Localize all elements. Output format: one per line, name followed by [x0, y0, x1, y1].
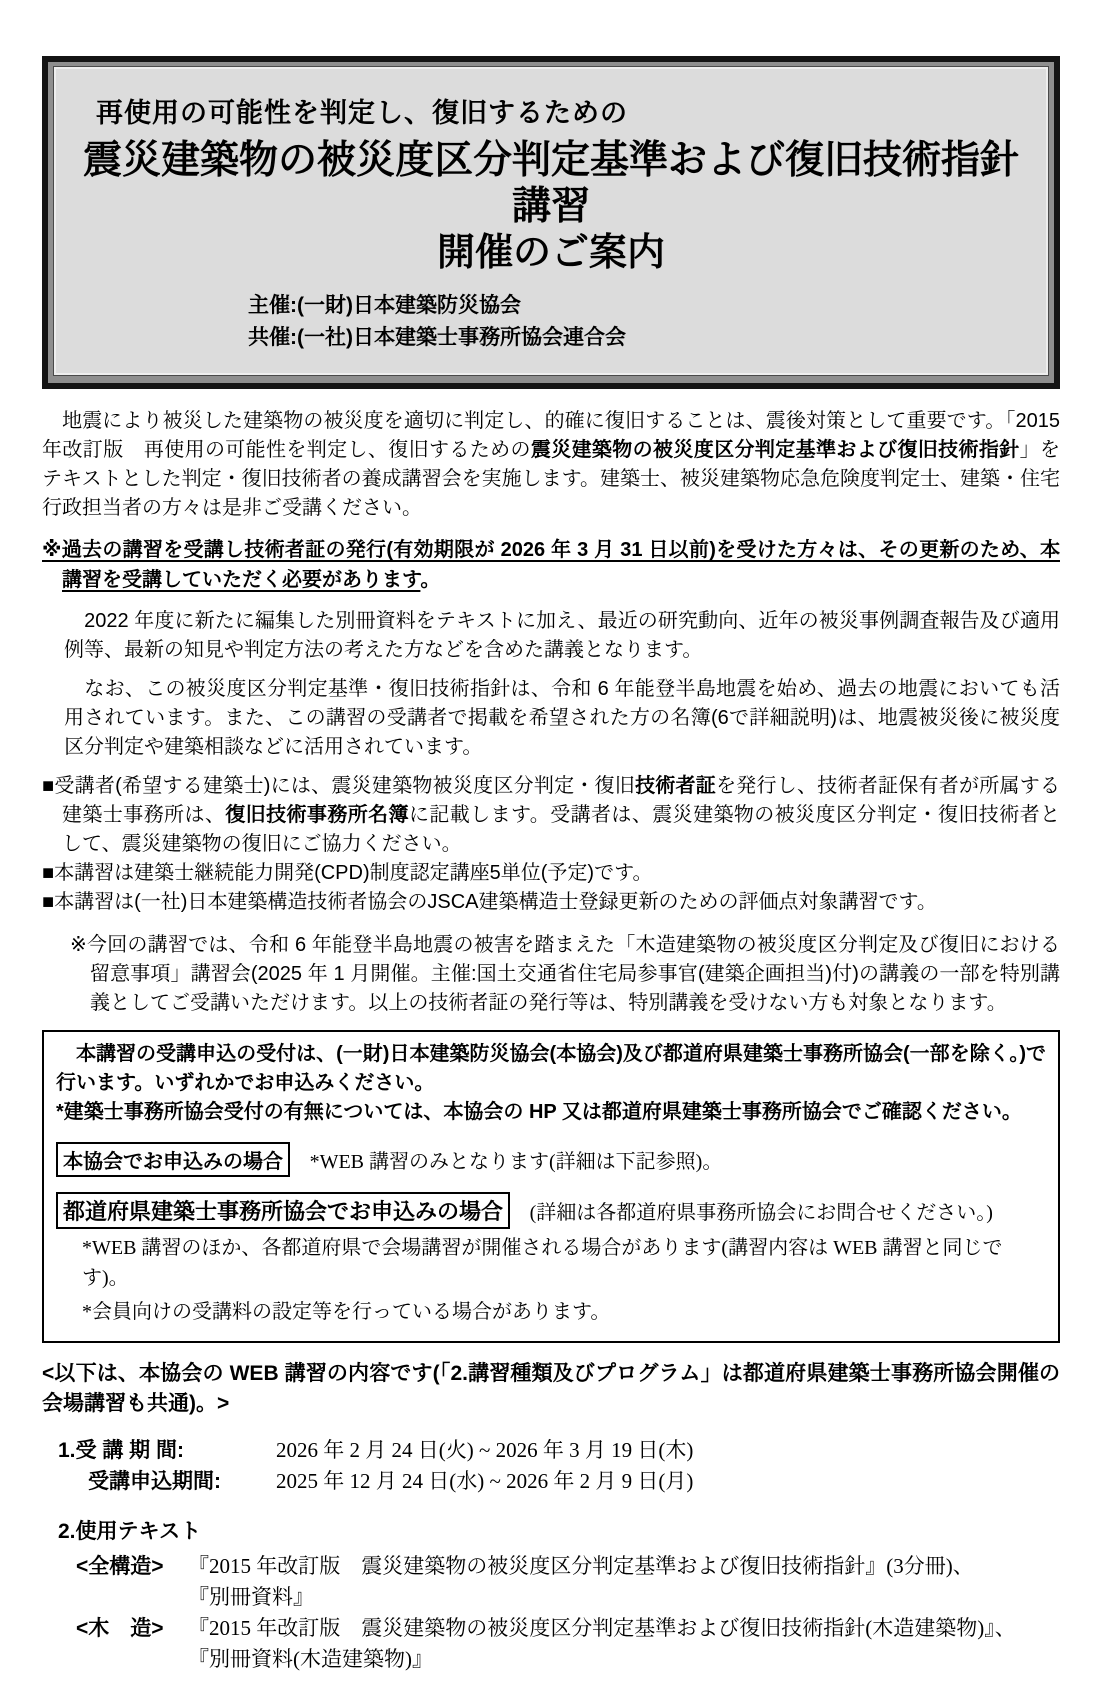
- textbook-row-all: <全構造> 『2015 年改訂版 震災建築物の被災度区分判定基準および復旧技術指…: [76, 1551, 1060, 1613]
- application-period-label: 受講申込期間:: [88, 1466, 276, 1497]
- course-period-value: 2026 年 2 月 24 日(火) ~ 2026 年 3 月 19 日(木): [276, 1438, 693, 1462]
- application-period-value: 2025 年 12 月 24 日(水) ~ 2026 年 2 月 9 日(月): [276, 1469, 693, 1493]
- header-box: 再使用の可能性を判定し、復旧するための 震災建築物の被災度区分判定基準および復旧…: [42, 56, 1060, 389]
- course-title: 震災建築物の被災度区分判定基準および復旧技術指針講習: [68, 138, 1034, 230]
- header-box-inner: 再使用の可能性を判定し、復旧するための 震災建築物の被災度区分判定基準および復旧…: [53, 66, 1049, 376]
- special-lecture-note: ※今回の講習では、令和 6 年能登半島地震の被害を踏まえた「木造建築物の被災度区…: [70, 931, 1060, 1018]
- intro-text-bold: 震災建築物の被災度区分判定基準および復旧技術指針: [531, 439, 1020, 461]
- textbooks-section: 2.使用テキスト <全構造> 『2015 年改訂版 震災建築物の被災度区分判定基…: [42, 1515, 1060, 1675]
- course-title-line2: 開催のご案内: [68, 232, 1034, 276]
- bullet1-bold-2: 復旧技術事務所名簿: [225, 804, 409, 826]
- intro-paragraph: 地震により被災した建築物の被災度を適切に判定し、的確に復旧することは、震後対策と…: [42, 407, 1060, 523]
- web-course-intro: <以下は、本協会の WEB 講習の内容です(「2.講習種類及びプログラム」は都道…: [42, 1359, 1060, 1419]
- supplement-paragraph: 2022 年度に新たに編集した別冊資料をテキストに加え、最近の研究動向、近年の被…: [64, 607, 1060, 665]
- organizer-block: 主催:(一財)日本建築防災協会 共催:(一社)日本建築士事務所協会連合会: [248, 290, 1034, 355]
- schedule-section: 1.受 講 期 間:2026 年 2 月 24 日(火) ~ 2026 年 3 …: [58, 1435, 1060, 1497]
- association-check-note: *建築士事務所協会受付の有無については、本協会の HP 又は都道府県建築士事務所…: [56, 1098, 1046, 1127]
- textbook-all-title-2: 『別冊資料』: [188, 1582, 974, 1613]
- member-fee-note: *会員向けの受講料の設定等を行っている場合があります。: [82, 1297, 1046, 1327]
- textbook-all-title-1: 『2015 年改訂版 震災建築物の被災度区分判定基準および復旧技術指針』(3分冊…: [188, 1551, 974, 1582]
- bullet-list: ■受講者(希望する建築士)には、震災建築物被災度区分判定・復旧技術者証を発行し、…: [42, 772, 1060, 917]
- prefecture-association-label: 都道府県建築士事務所協会でお申込みの場合: [56, 1192, 510, 1229]
- supplement-block: 2022 年度に新たに編集した別冊資料をテキストに加え、最近の研究動向、近年の被…: [64, 607, 1060, 762]
- renewal-note: ※過去の講習を受講し技術者証の発行(有効期限が 2026 年 3 月 31 日以…: [42, 535, 1060, 595]
- application-box: 本講習の受講申込の受付は、(一財)日本建築防災協会(本協会)及び都道府県建築士事…: [42, 1030, 1060, 1343]
- course-period-label: 1.受 講 期 間:: [58, 1435, 276, 1466]
- document-page: 再使用の可能性を判定し、復旧するための 震災建築物の被災度区分判定基準および復旧…: [0, 0, 1100, 1695]
- textbook-header: 2.使用テキスト: [58, 1515, 1060, 1545]
- bullet1-bold-1: 技術者証: [635, 775, 716, 797]
- main-association-note: *WEB 講習のみとなります(詳細は下記参照)。: [310, 1151, 723, 1173]
- textbook-all-titles: 『2015 年改訂版 震災建築物の被災度区分判定基準および復旧技術指針』(3分冊…: [188, 1551, 974, 1613]
- textbook-row-wood: <木 造> 『2015 年改訂版 震災建築物の被災度区分判定基準および復旧技術指…: [76, 1613, 1060, 1675]
- main-association-row: 本協会でお申込みの場合 *WEB 講習のみとなります(詳細は下記参照)。: [56, 1142, 1046, 1177]
- textbook-wood-title-2: 『別冊資料(木造建築物)』: [188, 1644, 1016, 1675]
- co-organizer-line: 共催:(一社)日本建築士事務所協会連合会: [248, 322, 1034, 355]
- renewal-note-tail: 。: [420, 569, 440, 591]
- textbook-all-label: <全構造>: [76, 1551, 188, 1613]
- bullet-certificate: ■受講者(希望する建築士)には、震災建築物被災度区分判定・復旧技術者証を発行し、…: [42, 772, 1060, 859]
- application-intro: 本講習の受講申込の受付は、(一財)日本建築防災協会(本協会)及び都道府県建築士事…: [56, 1040, 1046, 1098]
- bullet1-text-1: ■受講者(希望する建築士)には、震災建築物被災度区分判定・復旧: [42, 775, 635, 797]
- bullet-cpd: ■本講習は建築士継続能力開発(CPD)制度認定講座5単位(予定)です。: [42, 859, 1060, 888]
- textbook-wood-titles: 『2015 年改訂版 震災建築物の被災度区分判定基準および復旧技術指針(木造建築…: [188, 1613, 1016, 1675]
- usage-paragraph: なお、この被災度区分判定基準・復旧技術指針は、令和 6 年能登半島地震を始め、過…: [64, 675, 1060, 762]
- prefecture-association-note: (詳細は各都道府県事務所協会にお問合せください。): [530, 1202, 993, 1224]
- web-venue-note: *WEB 講習のほか、各都道府県で会場講習が開催される場合があります(講習内容は…: [82, 1233, 1046, 1293]
- bullet-jsca: ■本講習は(一社)日本建築構造技術者協会のJSCA建築構造士登録更新のための評価…: [42, 888, 1060, 917]
- renewal-note-underlined: ※過去の講習を受講し技術者証の発行(有効期限が 2026 年 3 月 31 日以…: [42, 539, 1060, 591]
- course-period-row: 1.受 講 期 間:2026 年 2 月 24 日(火) ~ 2026 年 3 …: [58, 1435, 1060, 1466]
- organizer-line: 主催:(一財)日本建築防災協会: [248, 290, 1034, 323]
- application-period-row: 受講申込期間:2025 年 12 月 24 日(水) ~ 2026 年 2 月 …: [58, 1466, 1060, 1497]
- main-association-label: 本協会でお申込みの場合: [56, 1142, 290, 1177]
- prefecture-association-row: 都道府県建築士事務所協会でお申込みの場合 (詳細は各都道府県事務所協会にお問合せ…: [56, 1192, 1046, 1229]
- course-subtitle: 再使用の可能性を判定し、復旧するための: [96, 91, 1034, 130]
- textbook-wood-title-1: 『2015 年改訂版 震災建築物の被災度区分判定基準および復旧技術指針(木造建築…: [188, 1613, 1016, 1644]
- textbook-wood-label: <木 造>: [76, 1613, 188, 1675]
